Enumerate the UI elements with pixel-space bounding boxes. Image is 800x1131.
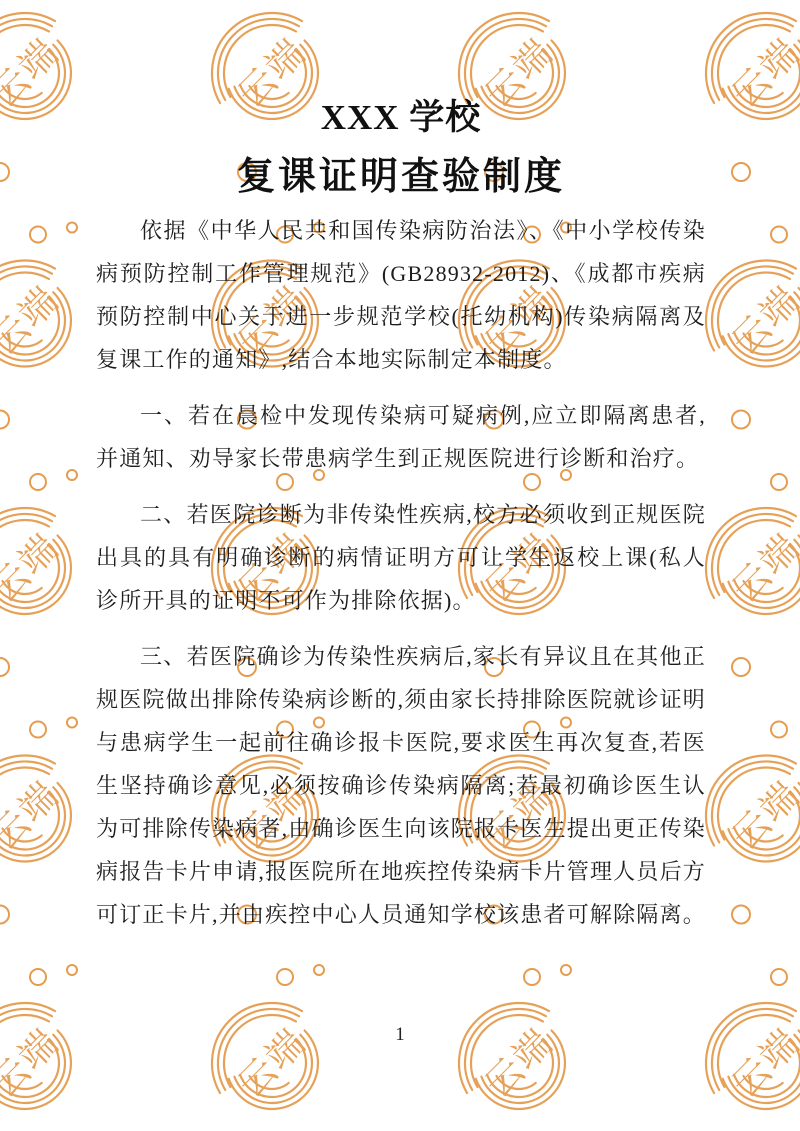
school-title: XXX 学校: [96, 97, 706, 139]
document-content: XXX 学校 复课证明查验制度 依据《中华人民共和国传染病防治法》、《中小学校传…: [96, 0, 706, 949]
document-title: 复课证明查验制度: [96, 154, 706, 200]
document-page: 云端 XXX 学校 复课证明查验制度 依据《中华人民共和国传染病防治法》、《中小…: [0, 0, 800, 1131]
document-body: 依据《中华人民共和国传染病防治法》、《中小学校传染病预防控制工作管理规范》(GB…: [96, 209, 706, 936]
paragraph-rule-3: 三、若医院确诊为传染性疾病后,家长有异议且在其他正规医院做出排除传染病诊断的,须…: [96, 635, 706, 936]
paragraph-rule-2: 二、若医院诊断为非传染性疾病,校方必须收到正规医院出具的具有明确诊断的病情证明方…: [96, 493, 706, 622]
paragraph-basis: 依据《中华人民共和国传染病防治法》、《中小学校传染病预防控制工作管理规范》(GB…: [96, 209, 706, 381]
paragraph-rule-1: 一、若在晨检中发现传染病可疑病例,应立即隔离患者,并通知、劝导家长带患病学生到正…: [96, 394, 706, 480]
page-number: 1: [0, 1024, 800, 1046]
